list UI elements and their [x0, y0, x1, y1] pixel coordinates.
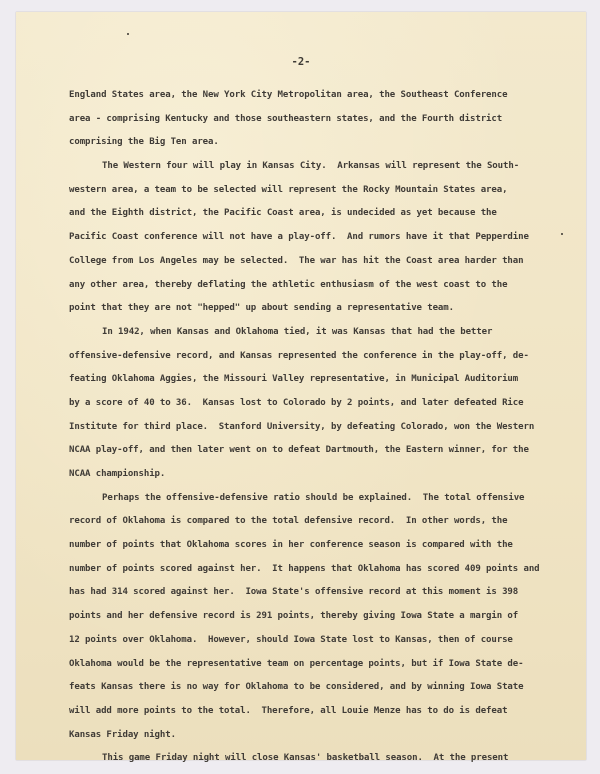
text-line: In 1942, when Kansas and Oklahoma tied, … [69, 321, 549, 345]
text-line: College from Los Angeles may be selected… [69, 250, 549, 274]
text-line: England States area, the New York City M… [69, 84, 549, 108]
text-line: Institute for third place. Stanford Univ… [69, 416, 549, 440]
text-line: NCAA championship. [69, 463, 549, 487]
text-line: record of Oklahoma is compared to the to… [69, 510, 549, 534]
text-line: Perhaps the offensive-defensive ratio sh… [69, 487, 549, 511]
text-line: Kansas Friday night. [69, 724, 549, 748]
ink-speck [127, 33, 129, 35]
text-line: points and her defensive record is 291 p… [69, 605, 549, 629]
typed-body-text: England States area, the New York City M… [69, 84, 549, 771]
text-line: by a score of 40 to 36. Kansas lost to C… [69, 392, 549, 416]
text-line: will add more points to the total. There… [69, 700, 549, 724]
text-line: any other area, thereby deflating the at… [69, 274, 549, 298]
text-line: western area, a team to be selected will… [69, 179, 549, 203]
text-line: This game Friday night will close Kansas… [69, 747, 549, 771]
text-line: NCAA play-off, and then later went on to… [69, 439, 549, 463]
text-line: Oklahoma would be the representative tea… [69, 653, 549, 677]
text-line: point that they are not "hepped" up abou… [69, 297, 549, 321]
text-line: 12 points over Oklahoma. However, should… [69, 629, 549, 653]
text-line: has had 314 scored against her. Iowa Sta… [69, 581, 549, 605]
text-line: number of points scored against her. It … [69, 558, 549, 582]
text-line: area - comprising Kentucky and those sou… [69, 108, 549, 132]
ink-speck [561, 233, 563, 235]
text-line: feating Oklahoma Aggies, the Missouri Va… [69, 368, 549, 392]
text-line: Pacific Coast conference will not have a… [69, 226, 549, 250]
page-number: -2- [16, 56, 586, 68]
text-line: feats Kansas there is no way for Oklahom… [69, 676, 549, 700]
text-line: The Western four will play in Kansas Cit… [69, 155, 549, 179]
text-line: number of points that Oklahoma scores in… [69, 534, 549, 558]
text-line: comprising the Big Ten area. [69, 131, 549, 155]
document-page: -2- England States area, the New York Ci… [16, 12, 586, 760]
text-line: offensive-defensive record, and Kansas r… [69, 345, 549, 369]
text-line: and the Eighth district, the Pacific Coa… [69, 202, 549, 226]
